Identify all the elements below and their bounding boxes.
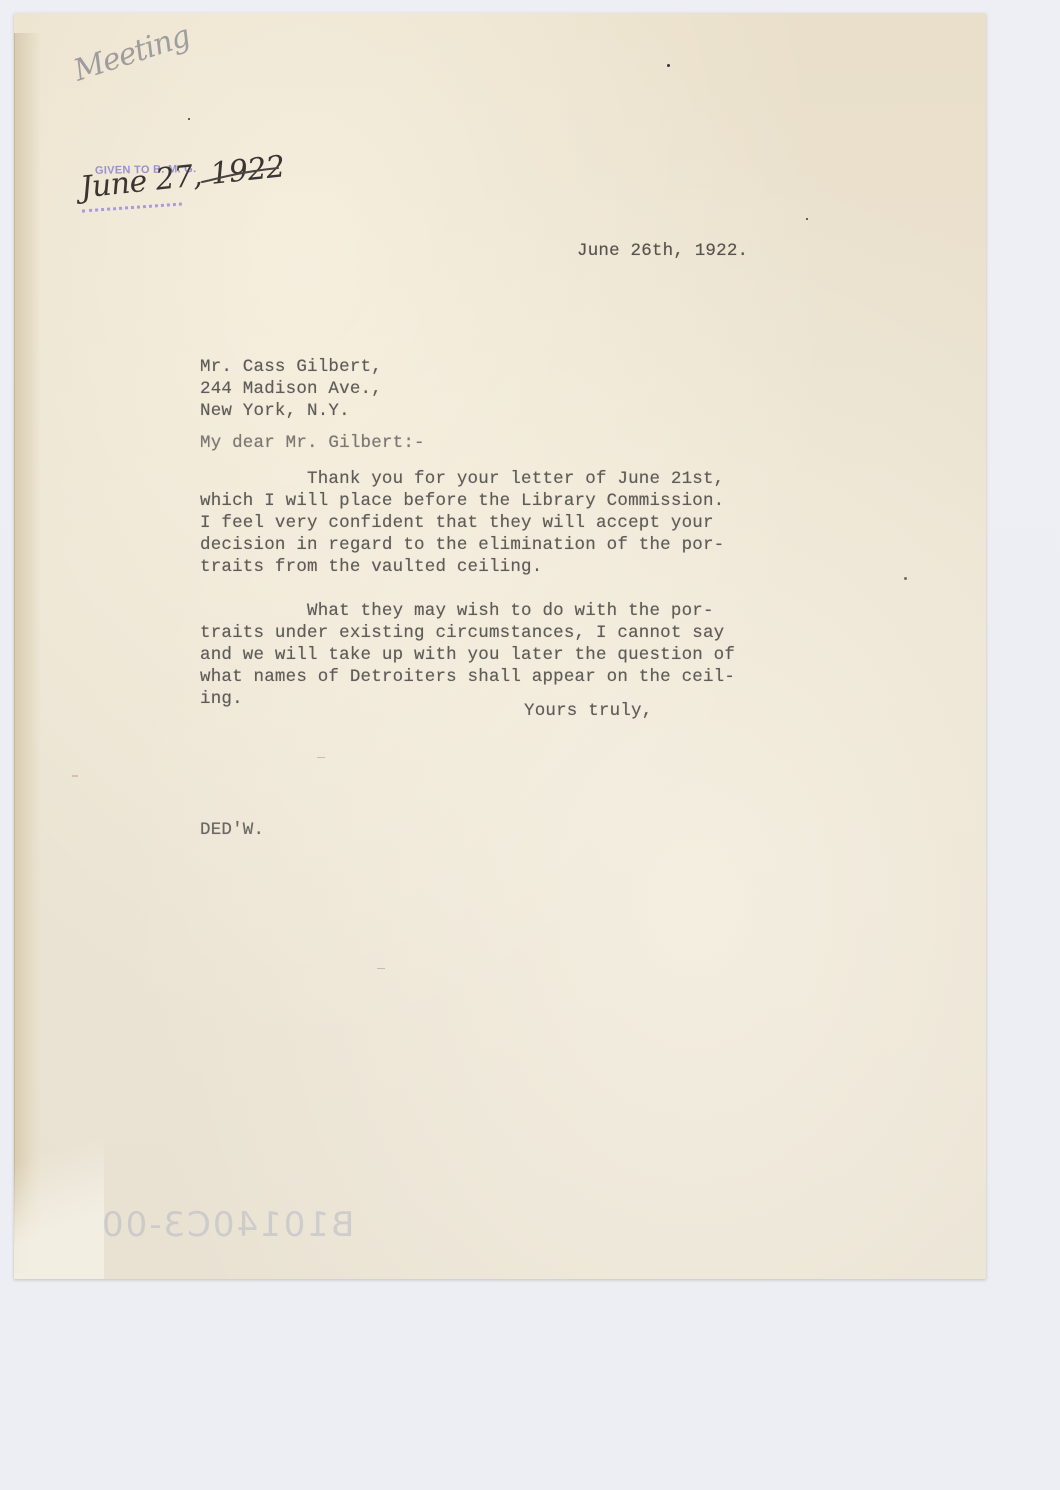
- reverse-bleed-through: B10140C3-00: [100, 1205, 354, 1245]
- paragraph-2-line-5: ing.: [200, 689, 243, 709]
- paragraph-2-line-2: traits under existing circumstances, I c…: [200, 623, 724, 643]
- paragraph-1-line-4: decision in regard to the elimination of…: [200, 535, 724, 555]
- paragraph-1-line-1: Thank you for your letter of June 21st,: [200, 469, 724, 489]
- recipient-street: 244 Madison Ave.,: [200, 379, 382, 399]
- paragraph-2-line-3: and we will take up with you later the q…: [200, 645, 735, 665]
- paragraph-2-line-4: what names of Detroiters shall appear on…: [200, 667, 735, 687]
- typist-initials: DED'W.: [200, 819, 264, 841]
- page-corner-crease: [14, 1099, 104, 1279]
- recipient-name: Mr. Cass Gilbert,: [200, 357, 382, 377]
- letter-body: Thank you for your letter of June 21st, …: [200, 468, 735, 710]
- letter-date: June 26th, 1922.: [577, 240, 748, 262]
- recipient-address: Mr. Cass Gilbert, 244 Madison Ave., New …: [200, 356, 382, 422]
- complimentary-close: Yours truly,: [524, 700, 652, 722]
- paragraph-2-line-1: What they may wish to do with the por-: [200, 601, 714, 621]
- salutation: My dear Mr. Gilbert:-: [200, 432, 425, 454]
- paragraph-1-line-2: which I will place before the Library Co…: [200, 491, 724, 511]
- paragraph-1-line-5: traits from the vaulted ceiling.: [200, 557, 542, 577]
- stray-mark: [377, 968, 385, 969]
- page-left-fold: [14, 33, 41, 1273]
- paper-speck: [667, 64, 670, 67]
- recipient-city: New York, N.Y.: [200, 401, 350, 421]
- handwriting-flourish-icon: [200, 160, 280, 190]
- paper-speck: [904, 577, 907, 580]
- paper-speck: [188, 118, 190, 120]
- stray-mark: [317, 757, 325, 758]
- paragraph-1-line-3: I feel very confident that they will acc…: [200, 513, 714, 533]
- stray-mark: [72, 775, 78, 777]
- paper-speck: [806, 218, 808, 220]
